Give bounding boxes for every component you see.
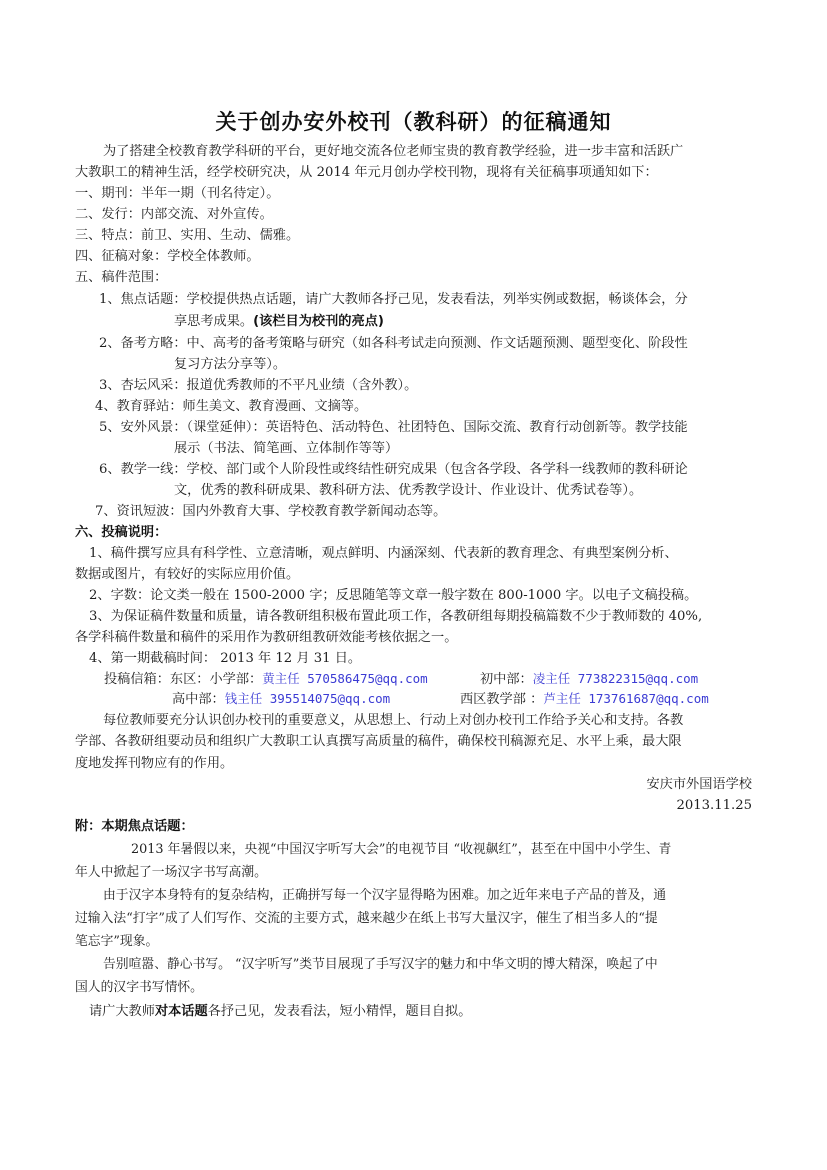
appendix-para-3-cont: 国人的汉字书写情怀。: [75, 979, 203, 997]
submission-2-word-count: 2、字数：论文类一般在 1500-2000 字；反思随笔等文章一般字数在 800…: [89, 587, 697, 605]
scope-item-2-cont: 复习方法分享等）。: [174, 356, 286, 374]
scope-item-7: 7、资讯短波：国内外教育大事、学校教育教学新闻动态等。: [95, 503, 446, 521]
west-label: 西区教学部 ：: [460, 692, 543, 707]
mailbox-junior: 初中部：凌主任 773822315@qq.com: [480, 670, 698, 689]
appendix-para-2: 由于汉字本身特有的复杂结构，正确拼写每一个汉字显得略为困难。加之近年来电子产品的…: [103, 887, 666, 905]
section-3-features: 三、特点：前卫、实用、生动、儒雅。: [75, 227, 299, 245]
senior-label: 高中部：: [172, 692, 225, 707]
mailbox-label: 投稿信箱：东区：小学部：: [104, 672, 262, 687]
mailbox-west: 西区教学部 ：芦主任 173761687@qq.com: [460, 690, 709, 709]
signature-org: 安庆市外国语学校: [647, 776, 753, 794]
senior-contact-email[interactable]: 钱主任 395514075@qq.com: [225, 691, 390, 706]
scope-item-1-text: 享思考成果。: [174, 314, 253, 329]
scope-item-5: 5、安外风景：（课堂延伸）：英语特色、活动特色、社团特色、国际交流、教育行动创新…: [99, 419, 688, 437]
junior-contact-email[interactable]: 凌主任 773822315@qq.com: [533, 671, 698, 686]
appendix-call-to-action: 请广大教师对本话题各抒己见，发表看法，短小精悍，题目自拟。: [89, 1003, 471, 1021]
appendix-para-1-cont: 年人中掀起了一场汉字书写高潮。: [75, 864, 267, 882]
intro-line-2: 大教职工的精神生活，经学校研究决，从 2014 年元月创办学校刊物，现将有关征稿…: [75, 164, 658, 182]
submission-3-cont: 各学科稿件数量和稿件的采用作为教研组教研效能考核依据之一。: [75, 629, 457, 647]
scope-item-1: 1、焦点话题：学校提供热点话题，请广大教师各抒己见，发表看法，列举实例或数据，畅…: [99, 291, 688, 309]
appendix-para-1: 2013 年暑假以来，央视“中国汉字听写大会”的电视节目 “收视飙红”，甚至在中…: [131, 841, 671, 859]
scope-item-4: 4、教育驿站：师生美文、教育漫画、文摘等。: [95, 398, 367, 416]
cta-post: 各抒己见，发表看法，短小精悍，题目自拟。: [208, 1004, 472, 1019]
submission-1-cont: 数据或图片，有较好的实际应用价值。: [75, 566, 299, 584]
submission-heading: 六、投稿说明：: [75, 524, 167, 542]
intro-line-1: 为了搭建全校教育教学科研的平台，更好地交流各位老师宝贵的教育教学经验，进一步丰富…: [103, 143, 683, 161]
scope-item-6: 6、教学一线：学校、部门或个人阶段性或终结性研究成果（包含各学段、各学科一线教师…: [99, 461, 688, 479]
cta-pre: 请广大教师: [89, 1004, 155, 1019]
west-contact-email[interactable]: 芦主任 173761687@qq.com: [543, 691, 708, 706]
page-title: 关于创办安外校刊（教科研）的征稿通知: [0, 106, 827, 136]
appendix-para-2-end: 笔忘字”现象。: [75, 933, 158, 951]
closing-line-3: 度地发挥刊物应有的作用。: [75, 755, 233, 773]
closing-line-1: 每位教师要充分认识创办校刊的重要意义，从思想上、行动上对创办校刊工作给予关心和支…: [103, 712, 683, 730]
appendix-para-2-cont: 过输入法“打字”成了人们写作、交流的主要方式，越来越少在纸上书写大量汉字，催生了…: [75, 910, 658, 928]
mailbox-row-1: 投稿信箱：东区：小学部：黄主任 570586475@qq.com: [104, 670, 428, 689]
section-1-periodical: 一、期刊：半年一期（刊名待定）。: [75, 185, 279, 203]
scope-item-2: 2、备考方略：中、高考的备考策略与研究（如各科考试走向预测、作文话题预测、题型变…: [99, 335, 688, 353]
mailbox-senior: 高中部：钱主任 395514075@qq.com: [172, 690, 390, 709]
signature-date: 2013.11.25: [676, 797, 752, 815]
highlight-note: (该栏目为校刊的亮点): [253, 314, 384, 329]
scope-item-3: 3、杏坛风采：报道优秀教师的不平凡业绩（含外教）。: [99, 377, 417, 395]
scope-item-5-cont: 展示（书法、简笔画、立体制作等等）: [174, 440, 398, 458]
section-2-distribution: 二、发行：内部交流、对外宣传。: [75, 206, 273, 224]
scope-item-1-cont: 享思考成果。(该栏目为校刊的亮点): [174, 313, 384, 331]
section-5-scope-heading: 五、稿件范围：: [75, 269, 167, 287]
appendix-para-3: 告别喧嚣、静心书写。 “汉字听写”类节目展现了手写汉字的魅力和中华文明的博大精深…: [103, 956, 658, 974]
cta-bold: 对本话题: [155, 1004, 208, 1019]
scope-item-6-cont: 文，优秀的教科研成果、教科研方法、优秀教学设计、作业设计、优秀试卷等）。: [174, 482, 642, 500]
submission-3: 3、为保证稿件数量和质量，请各教研组积极布置此项工作，各教研组每期投稿篇数不少于…: [89, 608, 702, 626]
primary-contact-email[interactable]: 黄主任 570586475@qq.com: [262, 671, 427, 686]
submission-1: 1、稿件撰写应具有科学性、立意清晰，观点鲜明、内涵深刻、代表新的教育理念、有典型…: [89, 545, 678, 563]
section-4-audience: 四、征稿对象：学校全体教师。: [75, 248, 260, 266]
appendix-heading: 附：本期焦点话题：: [75, 818, 194, 836]
closing-line-2: 学部、各教研组要动员和组织广大教职工认真撰写高质量的稿件，确保校刊稿源充足、水平…: [75, 733, 682, 751]
document-page: 关于创办安外校刊（教科研）的征稿通知 为了搭建全校教育教学科研的平台，更好地交流…: [0, 0, 827, 1170]
submission-4-deadline: 4、第一期截稿时间： 2013 年 12 月 31 日。: [89, 650, 361, 668]
junior-label: 初中部：: [480, 672, 533, 687]
